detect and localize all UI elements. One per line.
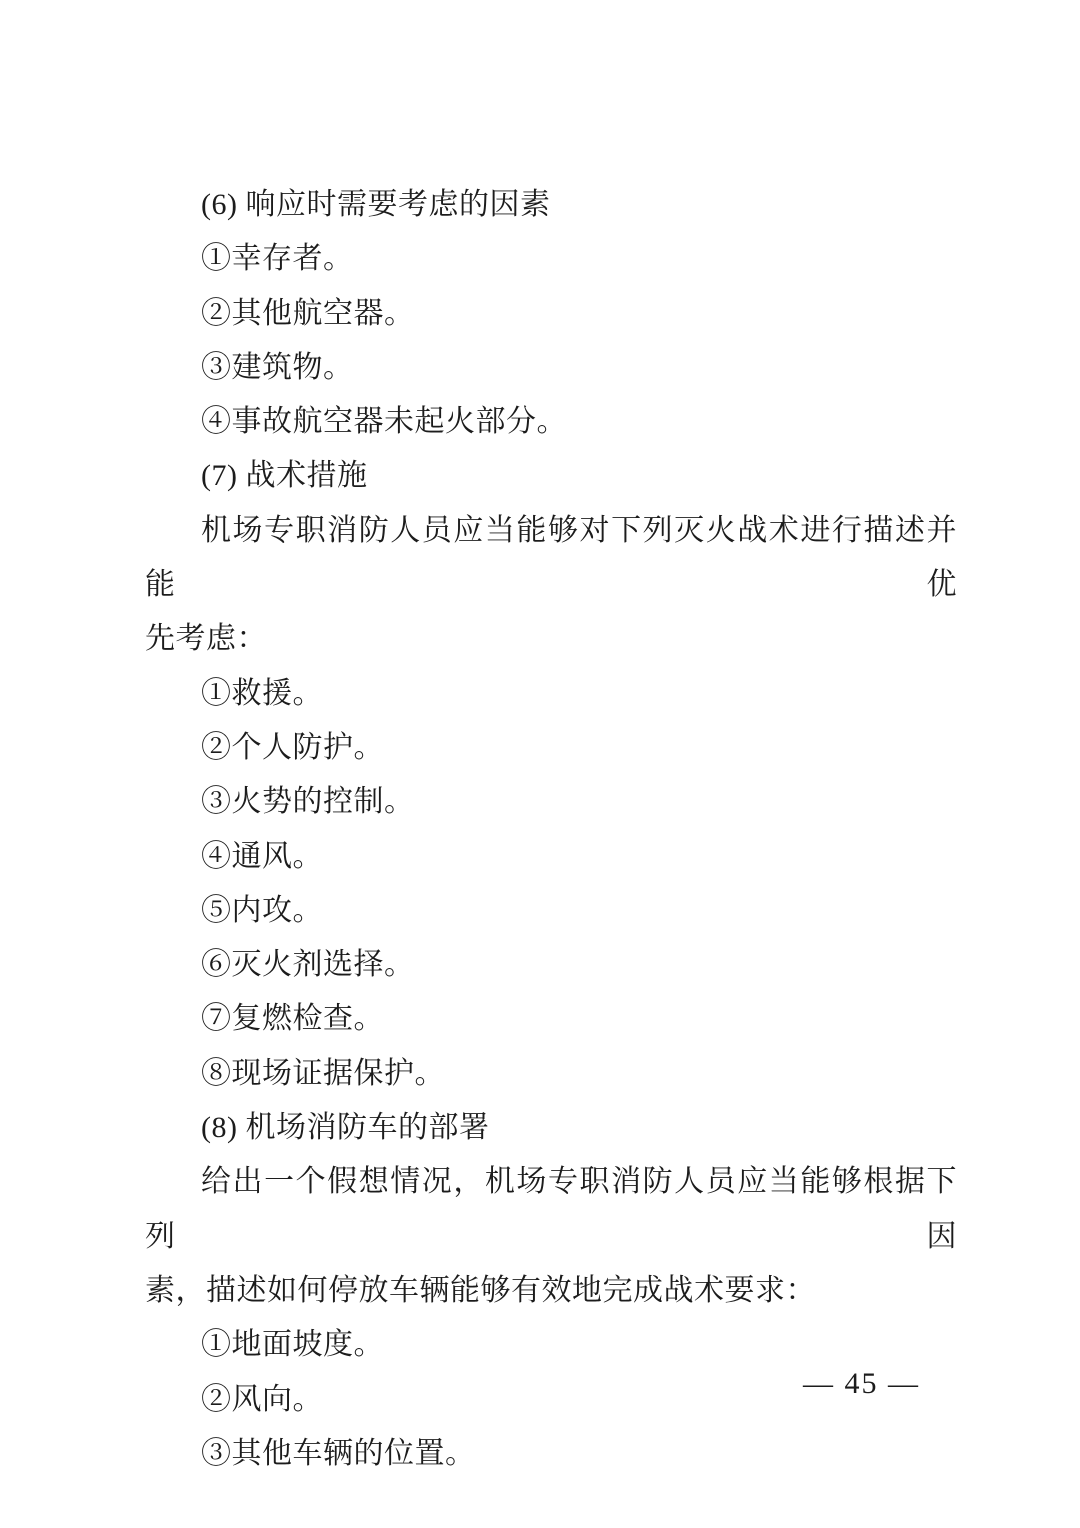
text-line: 机场专职消防人员应当能够对下列灭火战术进行描述并能优 bbox=[145, 504, 957, 613]
text-line: ③火势的控制。 bbox=[145, 775, 957, 829]
text-line: 素，描述如何停放车辆能够有效地完成战术要求： bbox=[145, 1264, 957, 1318]
text-line: (8) 机场消防车的部署 bbox=[145, 1101, 957, 1155]
document-page: (6) 响应时需要考虑的因素①幸存者。②其他航空器。③建筑物。④事故航空器未起火… bbox=[0, 0, 1080, 1528]
text-line: ①地面坡度。 bbox=[145, 1318, 957, 1372]
text-line: ⑦复燃检查。 bbox=[145, 992, 957, 1046]
text-line: ④事故航空器未起火部分。 bbox=[145, 395, 957, 449]
text-line: ⑥灭火剂选择。 bbox=[145, 938, 957, 992]
text-line: ②个人防护。 bbox=[145, 721, 957, 775]
text-line: (7) 战术措施 bbox=[145, 449, 957, 503]
text-line: (6) 响应时需要考虑的因素 bbox=[145, 178, 957, 232]
text-line: ②其他航空器。 bbox=[145, 287, 957, 341]
text-line: ⑧现场证据保护。 bbox=[145, 1047, 957, 1101]
document-body: (6) 响应时需要考虑的因素①幸存者。②其他航空器。③建筑物。④事故航空器未起火… bbox=[145, 178, 957, 1481]
page-number: — 45 — bbox=[803, 1366, 920, 1402]
text-line: ⑤内攻。 bbox=[145, 884, 957, 938]
text-line: ①幸存者。 bbox=[145, 232, 957, 286]
text-line: ③其他车辆的位置。 bbox=[145, 1427, 957, 1481]
text-line: 先考虑： bbox=[145, 612, 957, 666]
text-line: ③建筑物。 bbox=[145, 341, 957, 395]
text-line: ①救援。 bbox=[145, 667, 957, 721]
text-line: 给出一个假想情况，机场专职消防人员应当能够根据下列因 bbox=[145, 1155, 957, 1264]
text-line: ④通风。 bbox=[145, 830, 957, 884]
